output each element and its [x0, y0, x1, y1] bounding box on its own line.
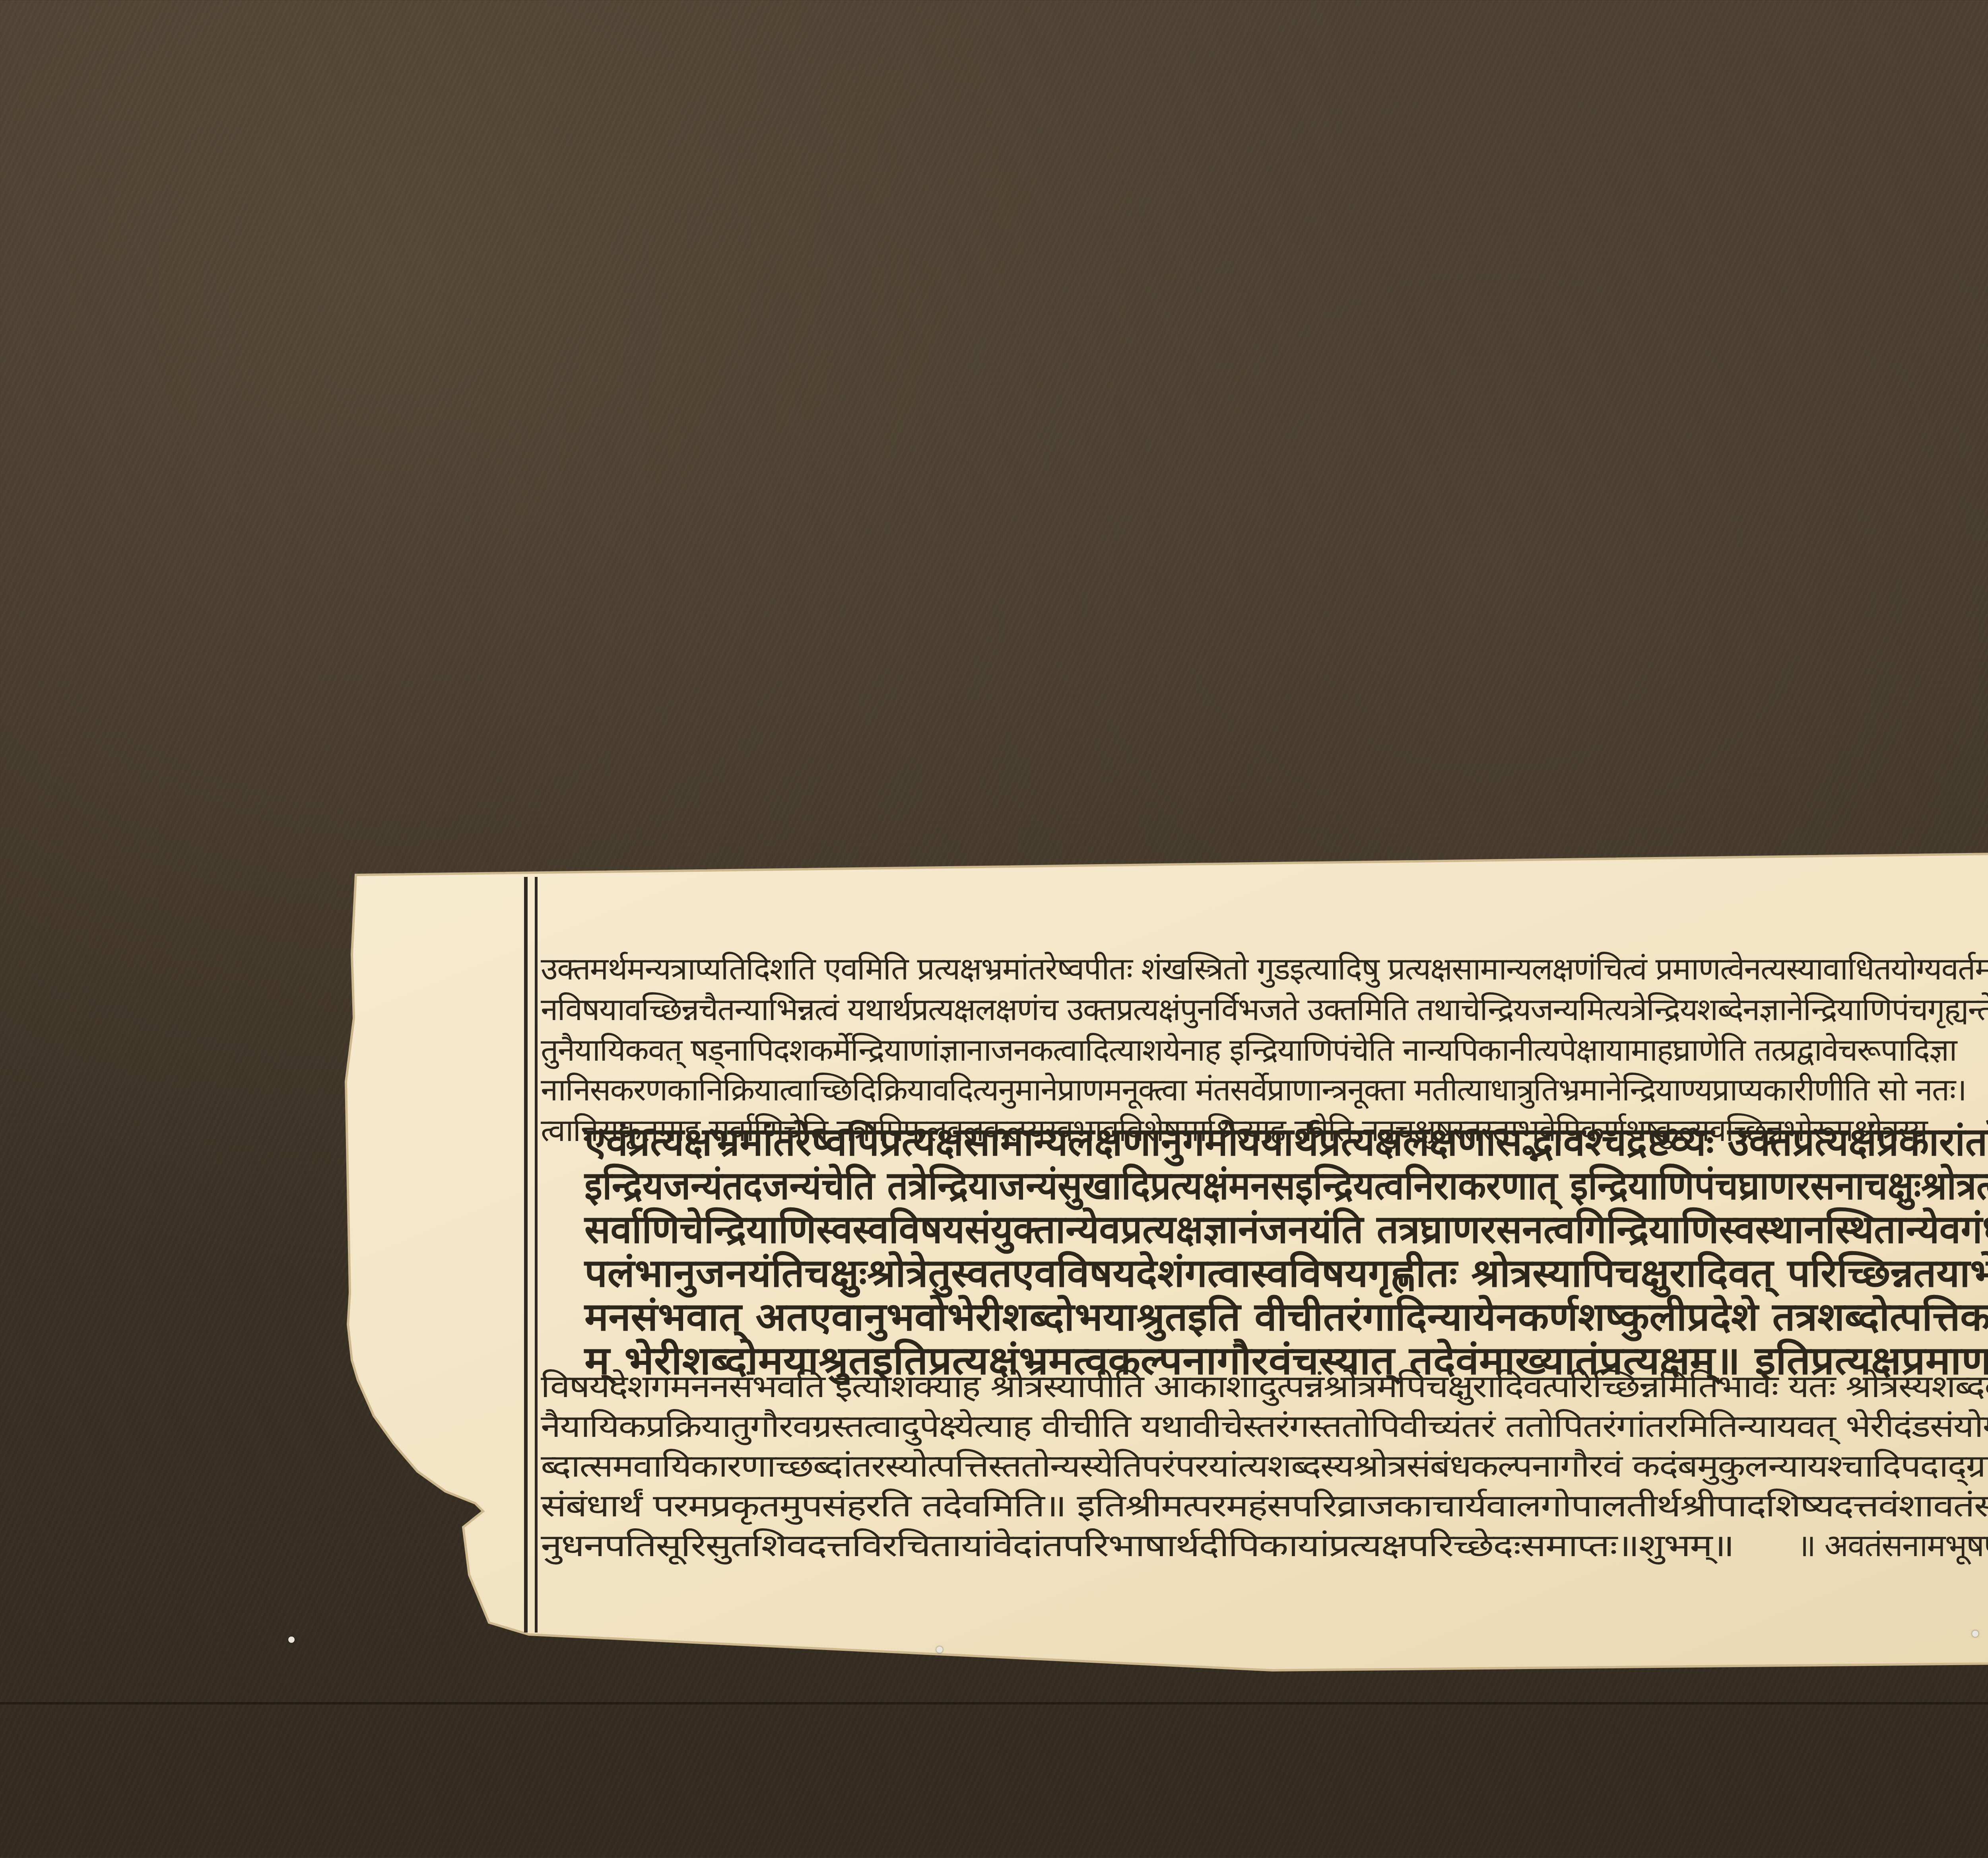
- mounting-pin: [936, 1646, 943, 1653]
- commentary-line: ब्दात्समवायिकारणाच्छब्दांतरस्योत्पत्तिस्…: [541, 1444, 1988, 1486]
- commentary-line: नानिसकरणकानिक्रियात्वाच्छिदिक्रियावदित्य…: [541, 1067, 1988, 1110]
- left-border-rule-outer: [524, 877, 528, 1633]
- commentary-line: उक्तमर्थमन्यत्राप्यतिदिशति एवमिति प्रत्य…: [541, 946, 1988, 989]
- paper-sheet: [0, 0, 1988, 1858]
- commentary-line: विषयदेशगमनंनसंभवति इत्याशंक्याह श्रोत्रस…: [541, 1364, 1988, 1406]
- end-note: ॥ अवतंसनामभूषणम्॥२॥: [1797, 1523, 1988, 1565]
- mounting-pin: [288, 1636, 295, 1643]
- manuscript-leaf: उक्तमर्थमन्यत्राप्यतिदिशति एवमिति प्रत्य…: [0, 0, 1988, 1858]
- colophon-line: नुधनपतिसूरिसुतशिवदत्तविरचितायांवेदांतपरि…: [541, 1523, 1734, 1565]
- commentary-line: संबंधार्थं परमप्रकृतमुपसंहरति तदेवमिति॥ …: [541, 1483, 1988, 1526]
- left-border-rule-inner: [535, 877, 538, 1633]
- mounting-pin: [1972, 1631, 1978, 1637]
- commentary-line: तुनैयायिकवत् षड्नापिदशकर्मेन्द्रियाणांज्…: [541, 1028, 1988, 1070]
- commentary-line: नैयायिकप्रक्रियातुगौरवग्रस्तत्वादुपेक्ष्…: [541, 1404, 1988, 1446]
- commentary-line: नविषयावच्छिन्नचैतन्याभिन्नत्वं यथार्थप्र…: [541, 987, 1988, 1029]
